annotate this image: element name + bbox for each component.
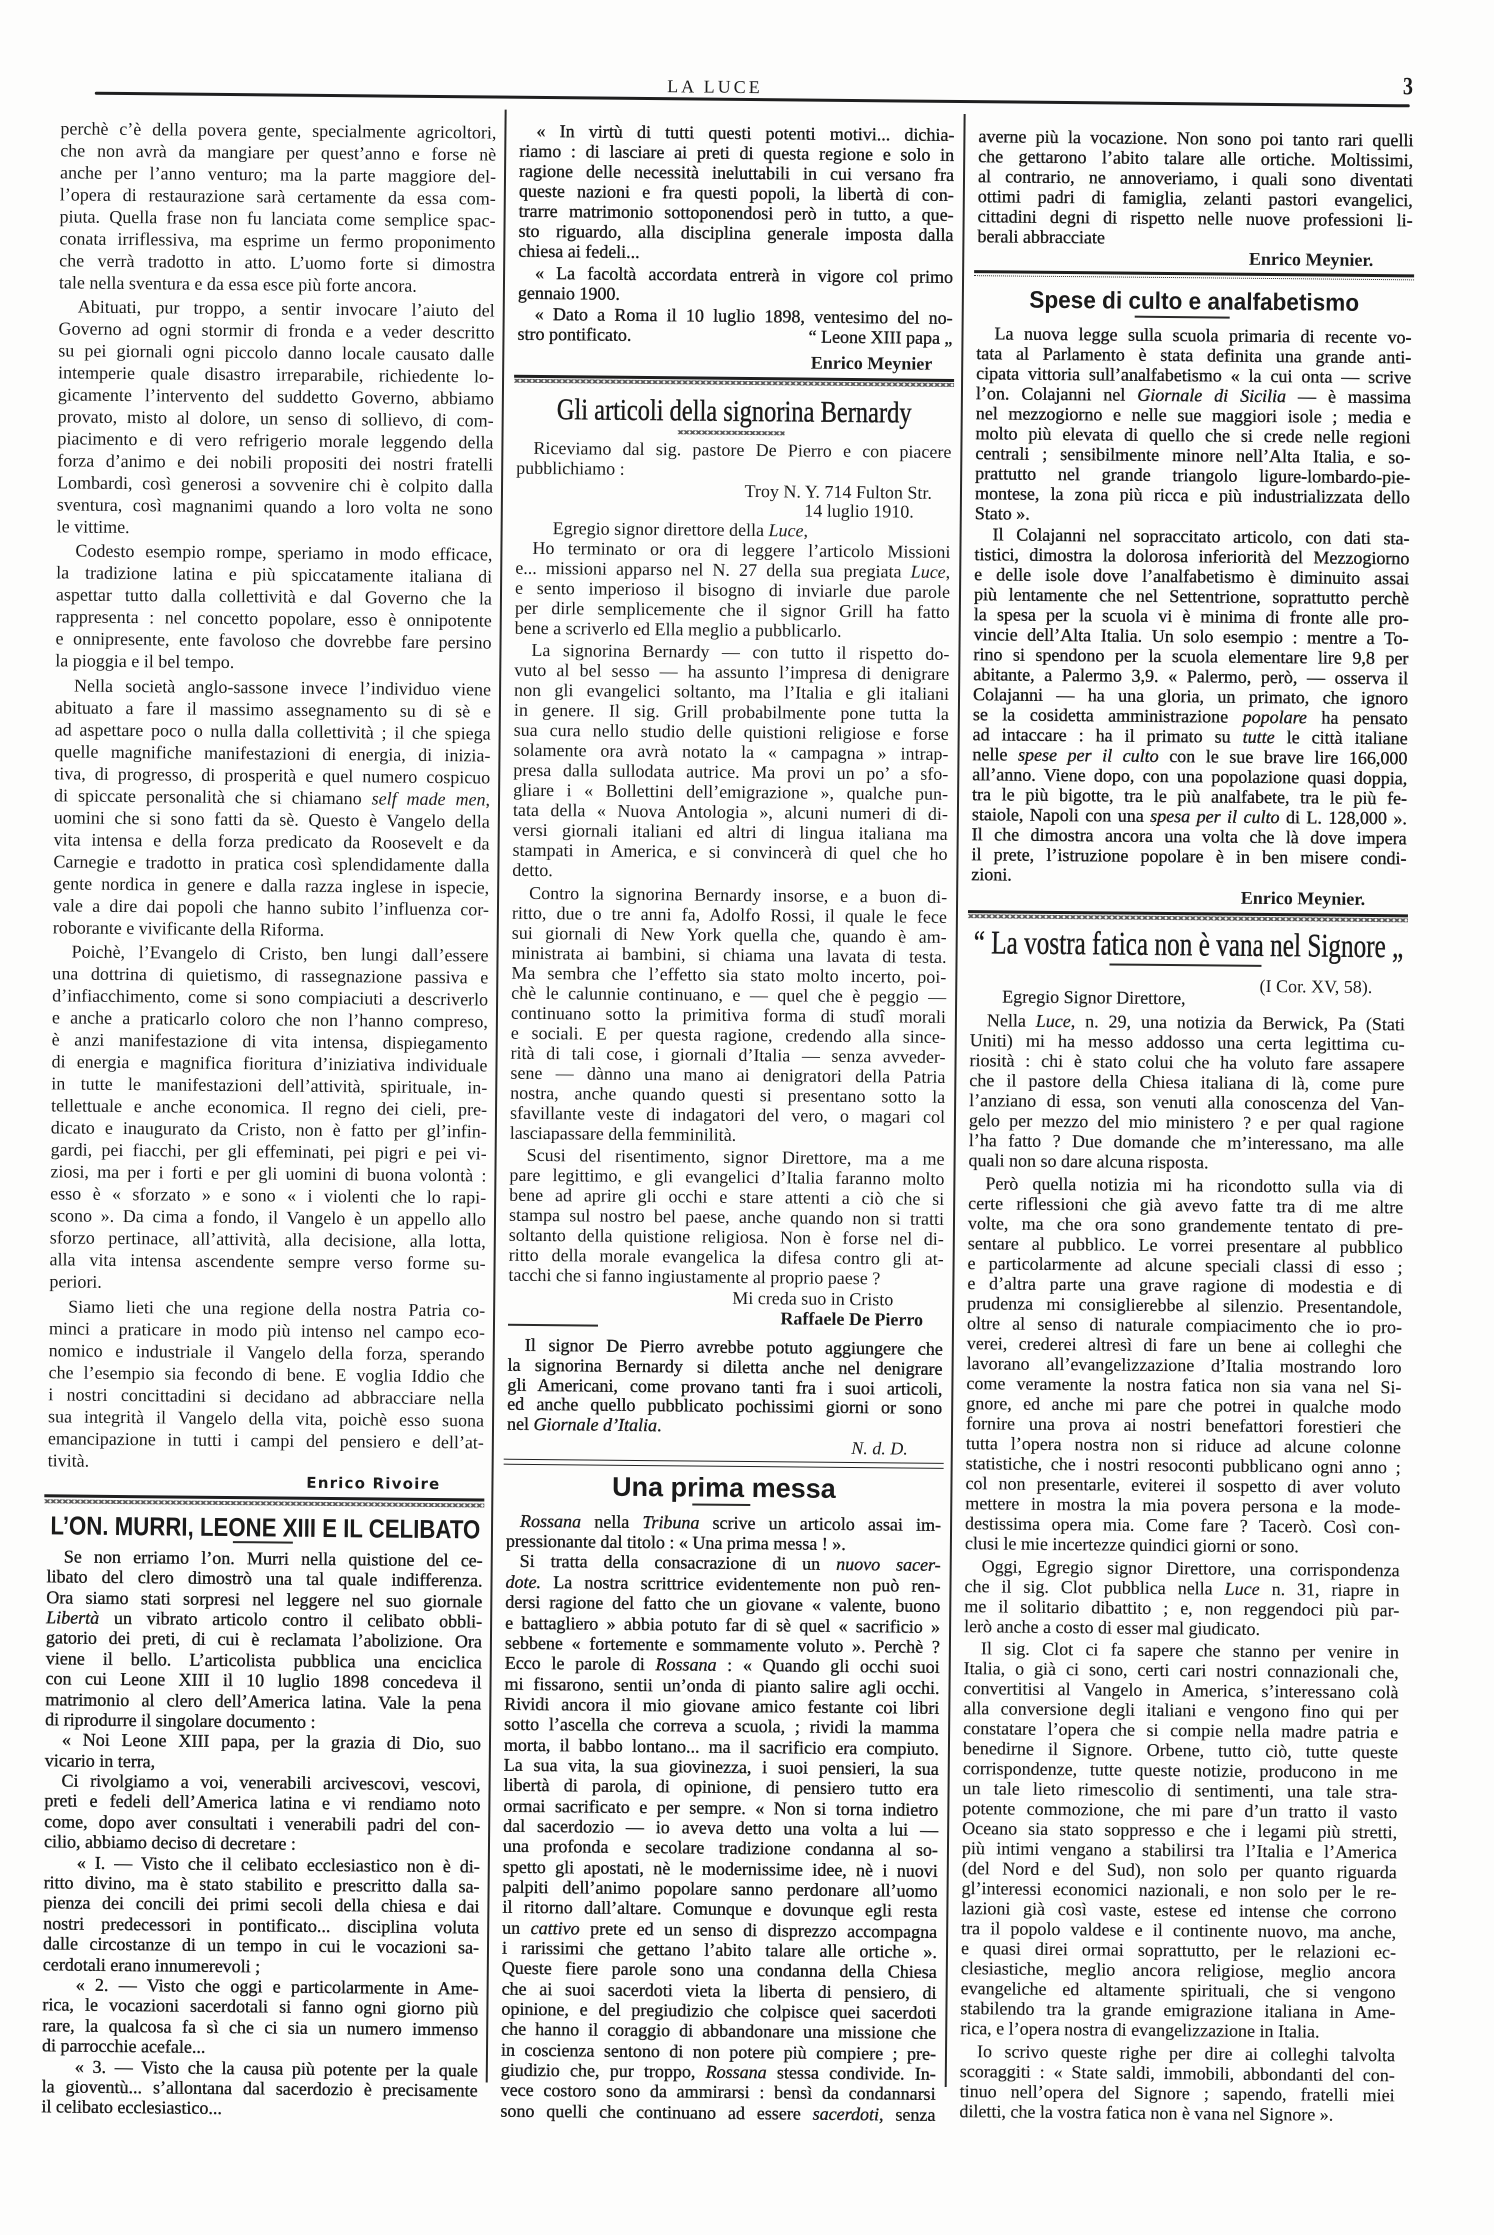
text-run: e onnipresente, ente favoloso che dovreb… bbox=[55, 629, 491, 653]
article-spese-culto: La nuova legge sulla scuola primaria di … bbox=[971, 323, 1411, 888]
text-run: conata irriflessiva, ma esprime un fermo… bbox=[59, 228, 495, 252]
italic-run: Rossana bbox=[655, 1654, 716, 1675]
text-run: nella bbox=[581, 1511, 642, 1532]
article-divider-ornament bbox=[44, 1499, 484, 1507]
text-run: quali non so dare alcuna risposta. bbox=[969, 1150, 1209, 1172]
page-number: 3 bbox=[1397, 72, 1420, 102]
newspaper-page: LA LUCE 3 perchè c’è della povera gente,… bbox=[0, 0, 1494, 2235]
text-run: Codesto esempio rompe, speriamo in modo … bbox=[75, 541, 492, 565]
text-run: con le sue brave lire 166,000 bbox=[1159, 746, 1408, 768]
text-run: Nella società anglo-sassone invece l’ind… bbox=[74, 675, 491, 699]
article-body: « In virtù di tutti questi potenti motiv… bbox=[517, 121, 954, 348]
text-run: gicamente l’intervento del suddetto Gove… bbox=[58, 384, 494, 408]
text-run: staiole, Napoli con una bbox=[972, 804, 1150, 826]
article-prima-messa: Rossana nella Tribuna scrive un articolo… bbox=[500, 1511, 941, 2125]
article-body: Ho terminato or ora di leggere l’articol… bbox=[508, 538, 950, 1289]
text-run: Governo ad ogni stormir di fronda e a ve… bbox=[58, 318, 494, 342]
paragraph: Oggi, Egregio signor Direttore, una corr… bbox=[964, 1556, 1400, 1640]
text-run: , bbox=[485, 789, 490, 809]
text-run: tellettuale e anche economica. Il regno … bbox=[51, 1095, 487, 1119]
paragraph: Ci rivolgiamo a voi, venerabili arcivesc… bbox=[44, 1770, 481, 1856]
masthead: LA LUCE 3 bbox=[11, 0, 1494, 7]
text-run: il prete, l’istruzione popolare è in ben… bbox=[971, 844, 1406, 868]
paragraph: Il signor De Pierro avrebbe potuto aggiu… bbox=[507, 1336, 943, 1439]
intro-text: Riceviamo dal sig. pastore De Pierro e c… bbox=[516, 439, 951, 483]
paragraph: « La facoltà accordata entrerà in vigore… bbox=[518, 262, 953, 306]
text-run: che l’esempio sia fecondo di bene. E vog… bbox=[48, 1362, 484, 1386]
note-body: Il signor De Pierro avrebbe potuto aggiu… bbox=[507, 1336, 943, 1439]
paragraph: La nuova legge sulla scuola primaria di … bbox=[975, 323, 1412, 527]
text-line: tale nella sventura e da essa esce più f… bbox=[59, 271, 495, 297]
italic-run: cattivo bbox=[531, 1918, 580, 1938]
title-underline bbox=[1109, 963, 1261, 966]
text-run: la pioggia e il bel tempo. bbox=[55, 651, 234, 673]
paragraph: « 2. — Visto che oggi e particolarmente … bbox=[42, 1974, 479, 2060]
text-run: n. 31, riapre in bbox=[1260, 1578, 1400, 1599]
text-run: stessa condivide. In- bbox=[767, 2062, 936, 2084]
text-run: chiesa ai fedeli... bbox=[518, 241, 640, 262]
title-text: Una prima messa bbox=[612, 1471, 836, 1504]
paragraph: Si tratta della consacrazione di un nuov… bbox=[500, 1551, 940, 2125]
text-run: il celibato ecclesiastico... bbox=[41, 2097, 222, 2119]
paragraph: Il Colajanni nel sopraccitato articolo, … bbox=[971, 524, 1409, 888]
text-run: l’on. Colajanni nel bbox=[976, 383, 1137, 405]
text-line: alla vita intensa ascendente sempre vers… bbox=[49, 1248, 485, 1274]
title-underline bbox=[1135, 316, 1230, 318]
text-run: rappresenta : nel concetto popolare, ess… bbox=[56, 607, 492, 631]
paragraph: « Dato a Roma il 10 luglio 1898, ventesi… bbox=[517, 304, 952, 348]
article-body: Rossana nella Tribuna scrive un articolo… bbox=[500, 1511, 941, 2125]
text-line: diletti, che la vostra fatica non è vana… bbox=[959, 2101, 1394, 2125]
text-run: minci a praticare in modo più intenso ne… bbox=[49, 1318, 485, 1342]
article-body: Nella Luce, n. 29, una notizia da Berwic… bbox=[959, 1010, 1405, 2125]
text-run: intemperie quale disastro irreparabile, … bbox=[58, 362, 494, 386]
text-run: di energia e magnifica fioritura d’inizi… bbox=[51, 1051, 487, 1075]
italic-run: popolare bbox=[1243, 707, 1308, 728]
text-run: Stato ». bbox=[975, 503, 1030, 524]
italic-run: spese per il culto bbox=[1018, 745, 1159, 766]
italic-run: Luce bbox=[911, 562, 946, 582]
paragraph: Nella Luce, n. 29, una notizia da Berwic… bbox=[969, 1010, 1406, 1174]
text-run: se la cosidetta amministrazione bbox=[973, 704, 1243, 727]
paragraph: averne più la vocazione. Non sono poi ta… bbox=[977, 126, 1413, 250]
italic-run: Tribuna bbox=[642, 1512, 699, 1533]
text-run: quelle magnifiche manifestazioni di ener… bbox=[54, 741, 490, 765]
text-run: Lombardi, così generosi a sovvenire chi … bbox=[57, 472, 493, 496]
text-run: che il sig. Clot pubblica nella bbox=[964, 1576, 1224, 1598]
text-run: — è massima bbox=[1286, 386, 1411, 407]
text-run: sono quelli che continuano ad essere bbox=[500, 2100, 812, 2123]
text-run: su pei giornali ogni piccolo danno local… bbox=[58, 340, 494, 364]
text-run: pressionante dal titolo : « Una prima me… bbox=[506, 1531, 846, 1554]
paragraph: Siamo lieti che una regione della nostra… bbox=[48, 1295, 486, 1475]
paragraph: Codesto esempio rompe, speriamo in modo … bbox=[55, 540, 492, 676]
text-run: sua integrità il Vangelo della vita, poi… bbox=[48, 1406, 484, 1430]
italic-run: Rossana bbox=[520, 1511, 581, 1532]
text-run: tiva, di progresso, di prosperità e quel… bbox=[54, 763, 490, 787]
italic-run: tutte bbox=[1243, 727, 1275, 747]
text-line: sono quelli che continuano ad essere sac… bbox=[500, 2100, 935, 2125]
paragraph: Scusi del risentimento, signor Direttore… bbox=[508, 1145, 944, 1289]
article-fatica-letter: Nella Luce, n. 29, una notizia da Berwic… bbox=[959, 1010, 1405, 2125]
italic-run: Giornale d’Italia bbox=[533, 1414, 657, 1435]
paragraph: perchè c’è della povera gente, specialme… bbox=[59, 117, 497, 297]
text-run: gennaio 1900. bbox=[518, 282, 620, 303]
letter-body-bernardy: Ho terminato or ora di leggere l’articol… bbox=[508, 538, 950, 1289]
text-run: le vittime. bbox=[57, 516, 130, 537]
text-run: diletti, che la vostra fatica non è vana… bbox=[959, 2101, 1333, 2125]
paragraph: Contro la signorina Bernardy insorse, e … bbox=[510, 882, 947, 1146]
letter-salutation: Egregio Signor Direttore, bbox=[1002, 986, 1302, 1009]
text-line: la pioggia e il bel tempo. bbox=[55, 650, 491, 676]
title-text: “ La vostra fatica non è vana nel Signor… bbox=[973, 925, 1403, 966]
text-line: detto. bbox=[512, 860, 947, 884]
text-run: zioni. bbox=[971, 864, 1012, 884]
text-run: , bbox=[803, 521, 808, 541]
article-vangelo-della-forza: perchè c’è della povera gente, specialme… bbox=[48, 117, 497, 1475]
text-line: periori. bbox=[49, 1270, 485, 1296]
text-run: i nostri concittadini si decidano ad abb… bbox=[48, 1384, 484, 1408]
article-murri-celibato: Se non erriamo l’on. Murri nella quistio… bbox=[41, 1546, 482, 2121]
article-murri-continued: « In virtù di tutti questi potenti motiv… bbox=[517, 121, 954, 348]
text-run: dicato e inaugurato da Cristo, non è fat… bbox=[51, 1117, 487, 1141]
text-run: cilio, abbiamo deciso di decretare : bbox=[44, 1832, 296, 1854]
text-run: ad intaccare : ha il primato su bbox=[973, 724, 1243, 747]
italic-run: Luce bbox=[768, 520, 803, 540]
text-line: stro pontificato.“ Leone XIII papa „ bbox=[517, 324, 952, 348]
author-signature: Enrico Meynier. bbox=[977, 246, 1412, 270]
text-line: chiesa ai fedeli... bbox=[518, 241, 953, 265]
text-run: rica, e l’opera nostra di evangelizzazio… bbox=[960, 2018, 1320, 2041]
author-signature: Enrico Rivoire bbox=[47, 1469, 483, 1495]
text-run: montese, la zona più ricca e più industr… bbox=[975, 483, 1410, 507]
paragraph: « I. — Visto che il celibato ecclesiasti… bbox=[43, 1852, 480, 1979]
title-underline-ornament bbox=[678, 430, 785, 435]
text-line: il celibato ecclesiastico... bbox=[41, 2097, 477, 2122]
text-run: nel bbox=[507, 1414, 534, 1434]
text-run: stro pontificato. bbox=[517, 324, 631, 345]
text-run: Siamo lieti che una regione della nostra… bbox=[68, 1296, 485, 1320]
text-run: cerdotali erano innumerevoli ; bbox=[43, 1954, 261, 1976]
text-run: piacimento e di vero refrigerio morale l… bbox=[57, 428, 493, 452]
italic-run: nuovo sacer- bbox=[836, 1554, 941, 1575]
text-run: Egregio signor direttore della bbox=[553, 518, 769, 540]
article-title-fatica: “ La vostra fatica non è vana nel Signor… bbox=[971, 925, 1406, 965]
text-run: che non avrà da mangiare per quest’anno … bbox=[60, 140, 496, 164]
text-run: pubblichiamo : bbox=[516, 458, 625, 479]
text-run: giudizio che, pur troppo, bbox=[501, 2060, 706, 2082]
italic-run: dote. bbox=[505, 1572, 541, 1592]
article-body: perchè c’è della povera gente, specialme… bbox=[48, 117, 497, 1475]
text-run: aspettar tutto dalla collettività e dal … bbox=[56, 585, 492, 609]
italic-run: self made men bbox=[372, 788, 486, 809]
paragraph: Rossana nella Tribuna scrive un articolo… bbox=[506, 1511, 941, 1556]
paragraph: Riceviamo dal sig. pastore De Pierro e c… bbox=[516, 439, 951, 483]
letter-intro: Riceviamo dal sig. pastore De Pierro e c… bbox=[516, 439, 951, 483]
text-run: in tutte le manifestazioni dell’attività… bbox=[51, 1073, 487, 1097]
text-run: ziosi, ma per i forti e per gli uomini d… bbox=[50, 1161, 486, 1185]
text-run: Abituati, pur troppo, a sentir invocare … bbox=[78, 297, 495, 321]
text-run: : « Quando gli occhi suoi bbox=[716, 1655, 939, 1677]
paragraph: Poichè, l’Evangelo di Cristo, ben lungi … bbox=[49, 940, 488, 1296]
italic-run: sacerdoti bbox=[813, 2103, 880, 2124]
text-run: che verrà tradotto in atto. L’uomo forte… bbox=[59, 250, 495, 274]
text-run: uomini che si sono fatti da sè. Questo è… bbox=[54, 807, 490, 831]
author-signature: Enrico Meynier bbox=[517, 350, 952, 374]
title-text: Gli articoli della signorina Bernardy bbox=[557, 393, 912, 430]
text-run: bene a scriverlo ed Ella meglio a pubbli… bbox=[515, 618, 842, 641]
text-run: emancipazione in tutti i campi del pensi… bbox=[48, 1428, 484, 1452]
text-run: scono ». Da cima a fondo, il Vangelo è u… bbox=[50, 1205, 486, 1229]
text-run: di riprodurre il singolare documento : bbox=[45, 1709, 316, 1732]
paragraph: Se non erriamo l’on. Murri nella quistio… bbox=[45, 1546, 483, 1734]
text-run: gardi, pei fiacchi, per gli effeminati, … bbox=[51, 1139, 487, 1163]
text-run: nelle bbox=[972, 744, 1018, 764]
text-line: emancipazione in tutti i campi del pensi… bbox=[48, 1427, 484, 1453]
text-line: tacchi che si fanno ingiustamente al pro… bbox=[508, 1265, 943, 1289]
text-line: rica, e l’opera nostra di evangelizzazio… bbox=[960, 2018, 1395, 2042]
text-run: Ecco le parole di bbox=[505, 1653, 656, 1674]
text-run: tacchi che si fanno ingiustamente al pro… bbox=[508, 1265, 880, 1289]
text-line: roborante e vivificante della Riforma. bbox=[53, 916, 489, 942]
paragraph: Però quella notizia mi ha ricondotto sul… bbox=[965, 1173, 1404, 1557]
text-line: bene a scriverlo ed Ella meglio a pubbli… bbox=[515, 618, 950, 642]
text-run: sventura, così magnanimi quando a loro v… bbox=[57, 494, 493, 518]
text-run: , bbox=[946, 562, 951, 582]
right-aligned-run: “ Leone XIII papa „ bbox=[808, 327, 952, 348]
article-body: La nuova legge sulla scuola primaria di … bbox=[971, 323, 1411, 888]
text-run: . bbox=[657, 1415, 662, 1435]
text-line: montese, la zona più ricca e più industr… bbox=[975, 483, 1410, 507]
text-run: Poichè, l’Evangelo di Cristo, ben lungi … bbox=[71, 942, 488, 966]
author-signature: Enrico Meynier. bbox=[971, 885, 1406, 909]
text-run: detto. bbox=[512, 860, 553, 880]
italic-run: Libertà bbox=[46, 1607, 99, 1628]
text-run: piuta. Quella frase non fu lanciata come… bbox=[60, 206, 496, 230]
author-signature: Raffaele De Pierro bbox=[508, 1306, 943, 1330]
text-run: provato, misto al dolore, un senso di so… bbox=[58, 406, 494, 430]
text-run: anche per l’anno venturo; ma la parte ma… bbox=[60, 162, 496, 186]
paragraph: Abituati, pur troppo, a sentir invocare … bbox=[57, 295, 495, 541]
editor-note: Il signor De Pierro avrebbe potuto aggiu… bbox=[507, 1336, 943, 1439]
article-title-spese: Spese di culto e analfabetismo bbox=[977, 285, 1412, 319]
title-text: L’ON. MURRI, LEONE XIII E IL CELIBATO bbox=[50, 1510, 480, 1545]
text-run: Carnegie e tradotto in pratica così sple… bbox=[53, 851, 489, 875]
text-run: l’opera di restaurazione sarà certamente… bbox=[60, 184, 496, 208]
article-title-prima-messa: Una prima messa bbox=[506, 1470, 941, 1506]
italic-run: Luce bbox=[1036, 1011, 1071, 1031]
paragraph: « 3. — Visto che la causa più potente pe… bbox=[41, 2056, 478, 2121]
paragraph: « Noi Leone XIII papa, per la grazia di … bbox=[45, 1730, 481, 1775]
text-run: gente nordica in genere e dalla razza in… bbox=[53, 873, 489, 897]
text-run: un bbox=[502, 1917, 531, 1937]
text-run: nomico e industriale il Vangelo della fo… bbox=[49, 1340, 485, 1364]
text-run: berali abbracciate bbox=[977, 226, 1105, 247]
text-run: sforzo pertinace, all’attività, alla dec… bbox=[50, 1227, 486, 1251]
text-run: Nella bbox=[987, 1010, 1036, 1030]
text-run: , senza bbox=[879, 2104, 936, 2125]
article-divider bbox=[504, 1459, 944, 1469]
text-run: perchè c’è della povera gente, specialme… bbox=[60, 118, 496, 142]
text-run: lerò anche a costo di esser mal giudicat… bbox=[964, 1616, 1260, 1639]
text-run: abituato a fare il massimo assegnamento … bbox=[55, 697, 491, 721]
text-run: tività. bbox=[48, 1450, 90, 1470]
text-run: alla vita intensa ascendente sempre vers… bbox=[50, 1249, 486, 1273]
title-underline bbox=[692, 1503, 750, 1505]
text-run: vita intensa e della forza predicato da … bbox=[54, 829, 490, 853]
text-run: vicario in terra, bbox=[45, 1750, 156, 1771]
italic-run: spesa per il culto bbox=[1150, 806, 1280, 827]
article-prima-messa-continued: averne più la vocazione. Non sono poi ta… bbox=[977, 126, 1413, 250]
text-run: di L. 128,000 ». bbox=[1279, 807, 1407, 828]
newspaper-title: LA LUCE bbox=[615, 74, 815, 100]
text-run: ha pensato bbox=[1307, 707, 1408, 728]
article-title-murri: L’ON. MURRI, LEONE XIII E IL CELIBATO bbox=[47, 1509, 483, 1545]
text-run: e anche a praticarlo coloro che non l’ha… bbox=[52, 1007, 488, 1031]
text-line: quali non so dare alcuna risposta. bbox=[969, 1150, 1404, 1174]
text-run: vale a dire dai popoli che hanno subito … bbox=[53, 895, 489, 919]
paragraph: « In virtù di tutti questi potenti motiv… bbox=[518, 121, 954, 265]
text-line: stampati in America, e si convincerà di … bbox=[512, 840, 947, 864]
text-run: è anzi manifestazione di vita intensa, d… bbox=[52, 1029, 488, 1053]
italic-run: Giornale di Sicilia bbox=[1137, 385, 1286, 406]
text-run: di spiccate personalità che si chiamano bbox=[54, 785, 372, 808]
text-run: stampati in America, e si convincerà di … bbox=[512, 840, 947, 864]
text-run: esso è « sforzato » e sono « i violenti … bbox=[50, 1183, 486, 1207]
paragraph: Ho terminato or ora di leggere l’articol… bbox=[515, 538, 951, 642]
text-run: forza d’animo e dei nobili propositi dei… bbox=[57, 450, 493, 474]
paragraph: Il sig. Clot ci fa sapere che stanno per… bbox=[960, 1638, 1399, 2042]
text-run: ad aspettare poco o nulla dalla colletti… bbox=[55, 719, 491, 743]
text-line: lasciapassare della femminilità. bbox=[510, 1122, 945, 1146]
text-line: il prete, l’istruzione popolare è in ben… bbox=[971, 844, 1406, 868]
text-line: zioni. bbox=[971, 864, 1406, 888]
text-run: Si tratta della consacrazione di un bbox=[520, 1551, 837, 1574]
text-run: clusi le mie incertezze quindici giorni … bbox=[965, 1533, 1299, 1556]
text-run: tale nella sventura e da essa esce più f… bbox=[59, 272, 417, 295]
article-body: averne più la vocazione. Non sono poi ta… bbox=[977, 126, 1413, 250]
text-run: d’infiacchimento, come si sono compiaciu… bbox=[52, 985, 488, 1009]
text-line: le vittime. bbox=[57, 515, 493, 541]
paragraph: Nella società anglo-sassone invece l’ind… bbox=[53, 674, 492, 942]
paragraph: Io scrivo queste righe per dire ai colle… bbox=[959, 2041, 1395, 2125]
paragraph: La signorina Bernardy — con tutto il ris… bbox=[512, 640, 949, 884]
article-body: Se non erriamo l’on. Murri nella quistio… bbox=[41, 1546, 482, 2121]
text-run: una dottrina di quietismo, di rassegnazi… bbox=[52, 963, 488, 987]
text-run: lasciapassare della femminilità. bbox=[510, 1122, 737, 1144]
text-run: le città italiane bbox=[1275, 727, 1408, 748]
text-run: di parrocchie acefale... bbox=[42, 2035, 206, 2057]
italic-run: Rossana bbox=[706, 2062, 767, 2083]
text-line: Stato ». bbox=[975, 503, 1410, 527]
text-run: roborante e vivificante della Riforma. bbox=[53, 917, 325, 940]
text-run: periori. bbox=[49, 1271, 102, 1292]
editor-signature: N. d. D. bbox=[507, 1435, 942, 1459]
article-title-bernardy: Gli articoli della signorina Bernardy bbox=[517, 394, 952, 430]
italic-run: Luce bbox=[1225, 1578, 1260, 1598]
title-text: Spese di culto e analfabetismo bbox=[1029, 287, 1359, 318]
text-run: la tradizione latina e più spiccatamente… bbox=[56, 563, 492, 587]
text-run: scrive un articolo assai im- bbox=[699, 1512, 941, 1534]
